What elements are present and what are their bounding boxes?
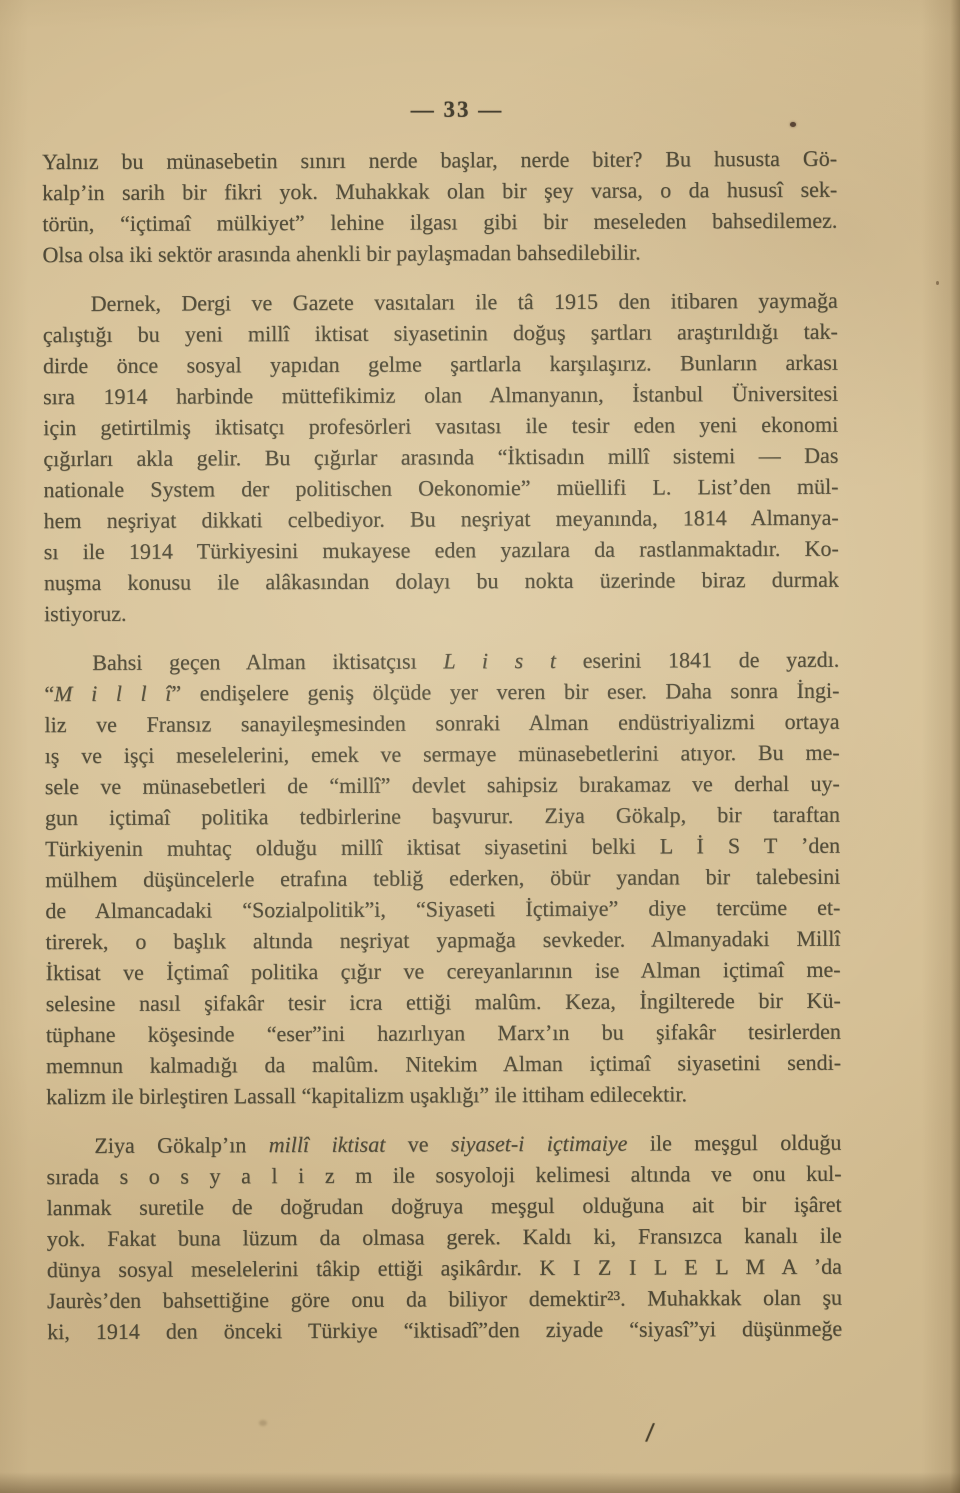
text-run: sırada s o s y a l i z m ile sosyoloji k… <box>46 1161 841 1189</box>
text-run: gun içtimaî politika tedbirlerine başvur… <box>45 802 840 830</box>
text-line: mülhem düşüncelerle etrafına tebliğ eder… <box>45 861 840 895</box>
page-number: — 33 — <box>0 94 914 125</box>
text-run: sı ile 1914 Türkiyesini mukayese eden ya… <box>44 536 839 564</box>
italic-text-run: millî iktisat <box>269 1132 386 1158</box>
text-line: ış ve işçi meselelerini, emek ve sermaye… <box>45 737 840 771</box>
text-line: dünya sosyal meselelerini tâkip ettiği a… <box>47 1251 842 1285</box>
text-run: yok. Fakat buna lüzum da olmasa gerek. K… <box>47 1223 842 1251</box>
text-line: gun içtimaî politika tedbirlerine başvur… <box>45 799 840 833</box>
italic-text-run: M i l l î <box>54 681 171 707</box>
paragraph: Ziya Gökalp’ın millî iktisat ve siyaset-… <box>46 1127 842 1347</box>
text-line: çalıştığı bu yeni millî iktisat siyaseti… <box>43 316 838 350</box>
text-line: Dernek, Dergi ve Gazete vasıtaları ile t… <box>43 285 838 319</box>
text-line: ki, 1914 den önceki Türkiye “iktisadî”de… <box>47 1313 842 1347</box>
text-run: tirerek, o başlık altında neşriyat yapma… <box>45 926 840 954</box>
paragraph: Dernek, Dergi ve Gazete vasıtaları ile t… <box>43 285 839 629</box>
italic-text-run: L i s t <box>443 648 556 673</box>
paragraph: Bahsi geçen Alman iktisatçısı L i s t es… <box>44 644 841 1112</box>
text-run: sıra 1914 harbinde müttefikimiz olan Alm… <box>43 381 838 409</box>
text-line: sırada s o s y a l i z m ile sosyoloji k… <box>46 1158 841 1192</box>
body-text: Yalnız bu münasebetin sınırı nerde başla… <box>42 143 842 1365</box>
text-line: liz ve Fransız sanayileşmesinden sonraki… <box>44 706 839 740</box>
text-line: dirde önce sosyal yapıdan gelme şartlarl… <box>43 347 838 381</box>
text-line: nuşma konusu ile alâkasından dolayı bu n… <box>44 564 839 598</box>
text-line: de Almancadaki “Sozialpolitik”i, “Siyase… <box>45 892 840 926</box>
text-line: hem neşriyat dikkati celbediyor. Bu neşr… <box>44 502 839 536</box>
text-run: Türkiyenin muhtaç olduğu millî iktisat s… <box>45 833 840 861</box>
text-run: ış ve işçi meselelerini, emek ve sermaye… <box>45 740 840 768</box>
text-run: hem neşriyat dikkati celbediyor. Bu neşr… <box>44 505 839 533</box>
text-run: ki, 1914 den önceki Türkiye “iktisadî”de… <box>47 1316 842 1344</box>
text-run: Jaurès’den bahsettiğine göre onu da bili… <box>47 1285 842 1313</box>
ink-dot-artifact <box>790 122 796 127</box>
text-run: ” endişelere geniş ölçüde yer veren bir … <box>171 678 839 706</box>
text-run: mülhem düşüncelerle etrafına tebliğ eder… <box>45 864 840 892</box>
text-run: istiyoruz. <box>44 601 127 626</box>
text-run: lanmak suretile de doğrudan doğruya meşg… <box>47 1192 842 1220</box>
text-line: sı ile 1914 Türkiyesini mukayese eden ya… <box>44 533 839 567</box>
text-run: de Almancadaki “Sozialpolitik”i, “Siyase… <box>45 895 840 923</box>
text-line: çığırları akla gelir. Bu çığırlar arasın… <box>43 440 838 474</box>
text-run: nuşma konusu ile alâkasından dolayı bu n… <box>44 567 839 595</box>
text-line: selesine nasıl şifakâr tesir icra ettiği… <box>46 985 841 1019</box>
text-line: “M i l l î” endişelere geniş ölçüde yer … <box>44 675 839 709</box>
text-line: Yalnız bu münasebetin sınırı nerde başla… <box>42 143 837 177</box>
text-run: kalizm ile birleştiren Lassall “kapitali… <box>46 1081 687 1109</box>
text-run: çalıştığı bu yeni millî iktisat siyaseti… <box>43 319 838 347</box>
text-line: tirerek, o başlık altında neşriyat yapma… <box>45 923 840 957</box>
text-run: “ <box>44 681 54 706</box>
text-run: Olsa olsa iki sektör arasında ahenkli bi… <box>42 240 640 268</box>
text-run: Ziya Gökalp’ın <box>94 1132 269 1158</box>
text-line: kalizm ile birleştiren Lassall “kapitali… <box>46 1078 841 1112</box>
text-line: kalp’in sarih bir fikri yok. Muhakkak ol… <box>42 174 837 208</box>
text-line: Türkiyenin muhtaç olduğu millî iktisat s… <box>45 830 840 864</box>
text-line: yok. Fakat buna lüzum da olmasa gerek. K… <box>47 1220 842 1254</box>
text-run: nationale System der politischen Oekonom… <box>43 474 838 502</box>
text-run: dünya sosyal meselelerini tâkip ettiği a… <box>47 1254 842 1282</box>
text-run: için getirtilmiş iktisatçı profesörleri … <box>43 412 838 440</box>
text-line: Olsa olsa iki sektör arasında ahenkli bi… <box>42 236 837 270</box>
text-run: dirde önce sosyal yapıdan gelme şartlarl… <box>43 350 838 378</box>
paragraph: Yalnız bu münasebetin sınırı nerde başla… <box>42 143 838 270</box>
text-run: ve <box>385 1131 451 1156</box>
text-run: sele ve münasebetleri de “millî” devlet … <box>45 771 840 799</box>
text-line: sele ve münasebetleri de “millî” devlet … <box>45 768 840 802</box>
text-run: memnun kalmadığı da malûm. Nitekim Alman… <box>46 1050 841 1078</box>
text-run: çığırları akla gelir. Bu çığırlar arasın… <box>43 443 838 471</box>
text-run: eserini 1841 de yazdı. <box>556 647 839 673</box>
text-line: memnun kalmadığı da malûm. Nitekim Alman… <box>46 1047 841 1081</box>
text-line: istiyoruz. <box>44 595 839 629</box>
text-run: Dernek, Dergi ve Gazete vasıtaları ile t… <box>91 288 838 316</box>
text-line: lanmak suretile de doğrudan doğruya meşg… <box>47 1189 842 1223</box>
text-line: için getirtilmiş iktisatçı profesörleri … <box>43 409 838 443</box>
text-run: selesine nasıl şifakâr tesir icra ettiği… <box>46 988 841 1016</box>
text-run: ile meşgul olduğu <box>627 1130 841 1156</box>
text-run: tüphane köşesinde “eser”ini hazırlıyan M… <box>46 1019 841 1047</box>
text-line: Jaurès’den bahsettiğine göre onu da bili… <box>47 1282 842 1316</box>
scanned-page: — 33 — Yalnız bu münasebetin sınırı nerd… <box>0 0 960 1493</box>
smudge-artifact <box>259 1420 267 1426</box>
text-run: Yalnız bu münasebetin sınırı nerde başla… <box>42 146 837 174</box>
ink-slash-mark: / <box>645 1417 667 1450</box>
text-run: liz ve Fransız sanayileşmesinden sonraki… <box>44 709 839 737</box>
italic-text-run: siyaset-i içtimaiye <box>451 1131 627 1157</box>
text-line: törün, “içtimaî mülkiyet” lehine ilgası … <box>42 205 837 239</box>
text-line: nationale System der politischen Oekonom… <box>43 471 838 505</box>
ink-speck-artifact <box>936 281 939 285</box>
text-run: törün, “içtimaî mülkiyet” lehine ilgası … <box>42 208 837 236</box>
text-line: İktisat ve İçtimaî politika çığır ve cer… <box>46 954 841 988</box>
text-line: Bahsi geçen Alman iktisatçısı L i s t es… <box>44 644 839 678</box>
text-run: Bahsi geçen Alman iktisatçısı <box>92 648 443 675</box>
text-line: tüphane köşesinde “eser”ini hazırlıyan M… <box>46 1016 841 1050</box>
text-run: kalp’in sarih bir fikri yok. Muhakkak ol… <box>42 177 837 205</box>
text-run: İktisat ve İçtimaî politika çığır ve cer… <box>46 957 841 985</box>
text-line: sıra 1914 harbinde müttefikimiz olan Alm… <box>43 378 838 412</box>
text-line: Ziya Gökalp’ın millî iktisat ve siyaset-… <box>46 1127 841 1161</box>
